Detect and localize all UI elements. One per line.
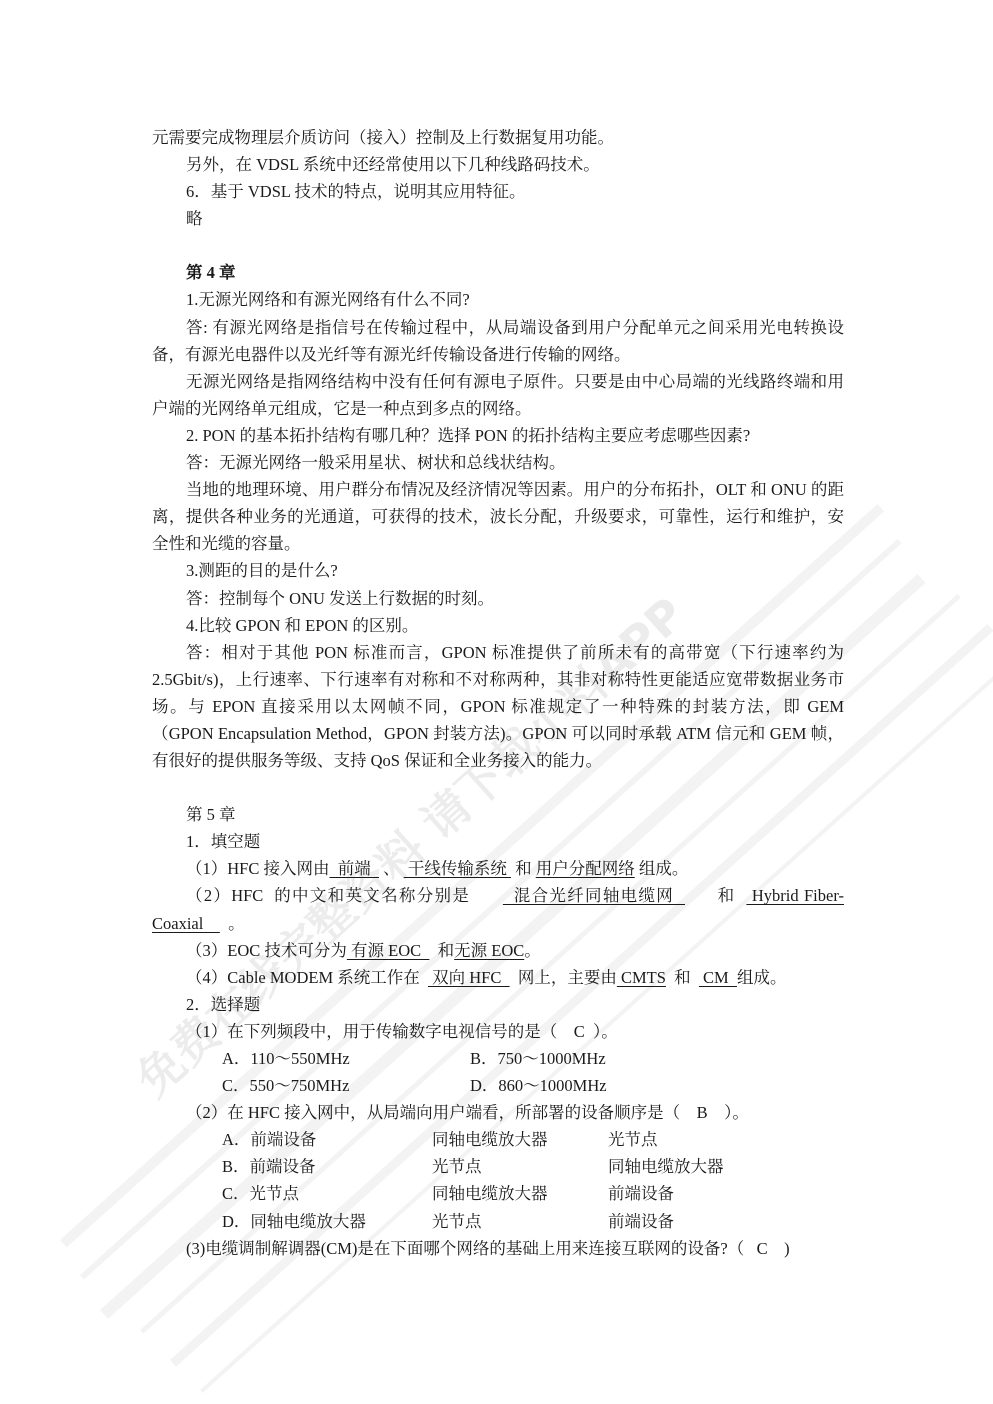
fill-2-blank-1: 混合光纤同轴电缆网 [503, 886, 685, 905]
fill-4-blank-3: CM [699, 968, 737, 987]
fill-4-and: 和 [666, 968, 699, 987]
option-d-col-2: 光节点 [432, 1208, 608, 1235]
option-a-col-2: 同轴电缆放大器 [432, 1126, 608, 1153]
ch4-answer-1-para-1: 答: 有源光网络是指信号在传输过程中，从局端设备到用户分配单元之间采用光电转换设… [152, 314, 844, 368]
option-a-col-3: 光节点 [608, 1126, 658, 1153]
spacer [152, 774, 844, 801]
ch4-answer-1-para-2: 无源光网络是指网络结构中没有任何有源电子原件。只要是由中心局端的光线路终端和用户… [152, 368, 844, 422]
ch4-answer-2-para-2: 当地的地理环境、用户群分布情况及经济情况等因素。用户的分布拓扑，OLT 和 ON… [152, 476, 844, 557]
question-6: 6．基于 VDSL 技术的特点，说明其应用特征。 [152, 178, 844, 205]
fill-1-suffix: 组成。 [635, 859, 689, 878]
fill-4-blank-2: CMTS [617, 968, 666, 987]
fill-3-suffix: 。 [524, 941, 541, 960]
option-c-col-3: 前端设备 [608, 1180, 674, 1207]
option-c-col-1: C．光节点 [222, 1180, 432, 1207]
fill-in-section-title: 1．填空题 [152, 828, 844, 855]
fill-3-and: 和 [429, 941, 454, 960]
choice-section-title: 2．选择题 [152, 991, 844, 1018]
fill-1-blank-3: 用户分配网络 [536, 859, 635, 878]
chapter-4-title: 第 4 章 [152, 259, 844, 286]
ch4-question-4: 4.比较 GPON 和 EPON 的区别。 [152, 612, 844, 639]
choice-2-options: A．前端设备 同轴电缆放大器 光节点 B．前端设备 光节点 同轴电缆放大器 C．… [152, 1126, 844, 1234]
choice-question-1: （1）在下列频段中，用于传输数字电视信号的是（ C ）。 [152, 1018, 844, 1045]
ch4-question-3: 3.测距的目的是什么? [152, 557, 844, 584]
ch4-question-2: 2. PON 的基本拓扑结构有哪几种？选择 PON 的拓扑结构主要应考虑哪些因素… [152, 422, 844, 449]
ch4-answer-3: 答：控制每个 ONU 发送上行数据的时刻。 [152, 585, 844, 612]
fill-2-and: 和 [685, 886, 746, 905]
choice-2-option-b: B．前端设备 光节点 同轴电缆放大器 [222, 1153, 844, 1180]
fill-2-blank-2: Hybrid Fiber- [746, 886, 844, 905]
fill-4-mid: 网上，主要由 [510, 968, 617, 987]
fill-question-2: （2）HFC 的中文和英文名称分别是 混合光纤同轴电缆网 和 Hybrid Fi… [152, 882, 844, 909]
fill-question-3: （3）EOC 技术可分为 有源 EOC 和无源 EOC。 [152, 937, 844, 964]
choice-1-options: A．110～550MHz B．750～1000MHz C．550～750MHz … [152, 1045, 844, 1099]
option-c-col-2: 同轴电缆放大器 [432, 1180, 608, 1207]
choice-1-row-1: A．110～550MHz B．750～1000MHz [222, 1045, 844, 1072]
fill-question-1: （1）HFC 接入网由 前端 、 干线传输系统 和 用户分配网络 组成。 [152, 855, 844, 882]
fill-question-4: （4）Cable MODEM 系统工作在 双向 HFC 网上，主要由 CMTS … [152, 964, 844, 991]
fill-3-blank-2: 无源 EOC [454, 941, 524, 960]
intro-line-2: 另外，在 VDSL 系统中还经常使用以下几种线路码技术。 [152, 151, 844, 178]
choice-1-option-b: B．750～1000MHz [470, 1045, 606, 1072]
fill-3-prefix: （3）EOC 技术可分为 [186, 941, 347, 960]
ch4-answer-4: 答：相对于其他 PON 标准而言，GPON 标准提供了前所未有的高带宽（下行速率… [152, 639, 844, 774]
choice-1-option-c: C．550～750MHz [222, 1072, 470, 1099]
fill-1-prefix: （1）HFC 接入网由 [186, 859, 329, 878]
fill-2-suffix: 。 [220, 914, 245, 933]
option-b-col-2: 光节点 [432, 1153, 608, 1180]
option-d-col-1: D．同轴电缆放大器 [222, 1208, 432, 1235]
choice-1-option-d: D．860～1000MHz [470, 1072, 607, 1099]
document-page: 元需要完成物理层介质访问（接入）控制及上行数据复用功能。 另外，在 VDSL 系… [152, 124, 844, 1262]
answer-6: 略 [152, 205, 844, 232]
fill-1-blank-2: 干线传输系统 [404, 859, 511, 878]
fill-1-sep: 、 [379, 859, 404, 878]
choice-2-option-c: C．光节点 同轴电缆放大器 前端设备 [222, 1180, 844, 1207]
chapter-5-title: 第 5 章 [152, 801, 844, 828]
spacer [152, 232, 844, 259]
ch4-question-1: 1.无源光网络和有源光网络有什么不同? [152, 286, 844, 313]
fill-1-and: 和 [511, 859, 536, 878]
fill-4-prefix: （4）Cable MODEM 系统工作在 [186, 968, 428, 987]
choice-2-option-a: A．前端设备 同轴电缆放大器 光节点 [222, 1126, 844, 1153]
fill-1-blank-1: 前端 [329, 859, 379, 878]
fill-4-suffix: 组成。 [737, 968, 787, 987]
fill-question-2-cont: Coaxial 。 [152, 910, 844, 937]
fill-4-blank-1: 双向 HFC [428, 968, 510, 987]
option-b-col-3: 同轴电缆放大器 [608, 1153, 724, 1180]
option-b-col-1: B．前端设备 [222, 1153, 432, 1180]
choice-question-2: （2）在 HFC 接入网中，从局端向用户端看，所部署的设备顺序是（ B ）。 [152, 1099, 844, 1126]
option-d-col-3: 前端设备 [608, 1208, 674, 1235]
choice-2-option-d: D．同轴电缆放大器 光节点 前端设备 [222, 1208, 844, 1235]
option-a-col-1: A．前端设备 [222, 1126, 432, 1153]
choice-question-3: (3)电缆调制解调器(CM)是在下面哪个网络的基础上用来连接互联网的设备?（ C… [152, 1235, 844, 1262]
fill-2-blank-2-cont: Coaxial [152, 914, 220, 933]
choice-1-row-2: C．550～750MHz D．860～1000MHz [222, 1072, 844, 1099]
intro-line-1: 元需要完成物理层介质访问（接入）控制及上行数据复用功能。 [152, 124, 844, 151]
fill-3-blank-1: 有源 EOC [347, 941, 430, 960]
ch4-answer-2-para-1: 答：无源光网络一般采用星状、树状和总线状结构。 [152, 449, 844, 476]
fill-2-prefix: （2）HFC 的中文和英文名称分别是 [186, 886, 503, 905]
choice-1-option-a: A．110～550MHz [222, 1045, 470, 1072]
